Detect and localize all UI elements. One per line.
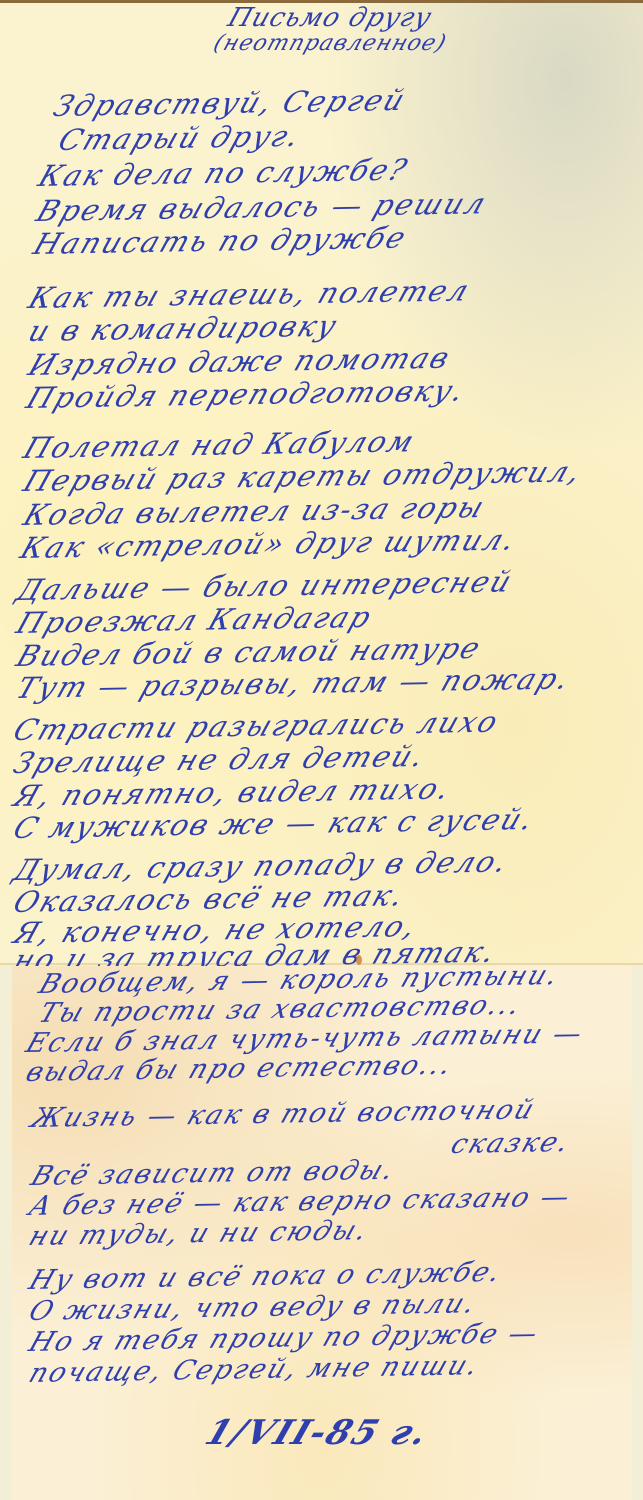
letter-line: и в командировку (25, 311, 343, 346)
letter-date: 1/VII-85 г. (200, 1413, 435, 1453)
letter-line: Время выдалось — решил (33, 188, 492, 226)
letter-sheet-1: Письмо другу (неотправленное) Здравствуй… (0, 0, 643, 965)
letter-line: С мужиков же — как с гусей. (10, 804, 539, 843)
letter-line: выдал бы про естество... (22, 1051, 457, 1088)
letter-line: сказке. (447, 1128, 575, 1160)
letter-line: ни туды, и ни сюды. (25, 1216, 373, 1252)
letter-line: Как ты знаешь, полетел (25, 275, 475, 313)
letter-title: Письмо другу (146, 5, 514, 31)
letter-line: Первый раз кареты отдружил, (20, 456, 587, 496)
letter-line: Как «стрелой» друг шутил. (17, 524, 521, 563)
letter-line: Старый друг. (55, 121, 306, 155)
letter-line: Как дела по службе? (35, 155, 413, 191)
letter-title-block: Письмо другу (неотправленное) (150, 5, 510, 57)
letter-line: почаще, Сергей, мне пиши. (25, 1351, 484, 1389)
letter-line: Дальше — было интересней (13, 566, 517, 605)
letter-line: Проезжал Кандагар (13, 602, 377, 638)
letter-line: Написать по дружбе (30, 223, 412, 259)
letter-line: Тут — разрывы, там — пожар. (13, 663, 575, 703)
letter-line: Пройдя переподготовку. (23, 375, 470, 413)
letter-line: Здравствуй, Сергей (50, 85, 411, 121)
letter-subtitle: (неотправленное) (146, 31, 514, 57)
letter-sheet-2: Вообщем, я — король пустыни. Ты прости з… (12, 966, 632, 1500)
letter-line: Думал, сразу попаду в дело. (10, 846, 513, 885)
